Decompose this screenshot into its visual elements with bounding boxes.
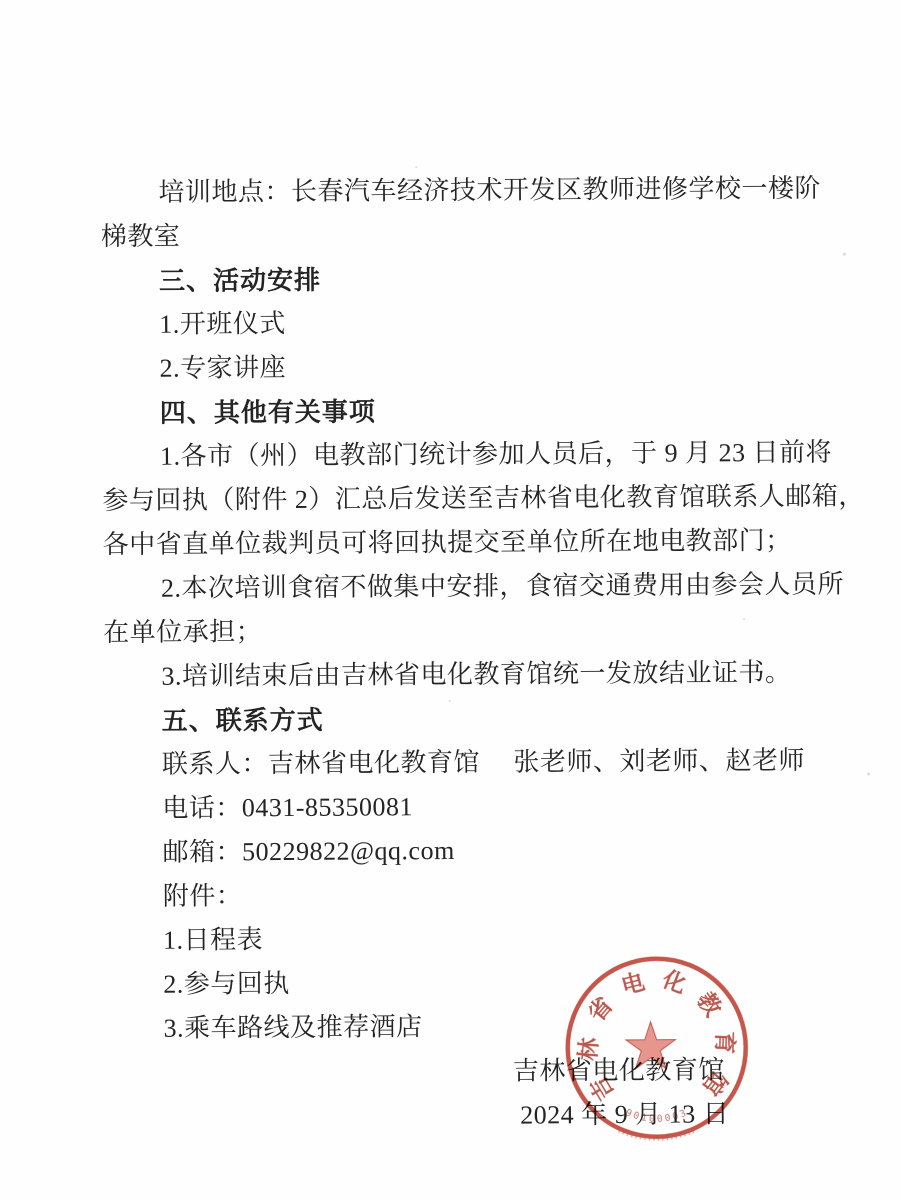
email-line: 邮箱：50229822@qq.com [104, 827, 844, 876]
attachments-label: 附件： [105, 871, 845, 920]
scan-speck [449, 700, 451, 702]
official-seal: 吉林省电化教育馆 90100003 [560, 950, 753, 1143]
seal-star-icon [626, 1022, 676, 1069]
scan-content: 培训地点：长春汽车经济技术开发区教师进修学校一楼阶 梯教室 三、活动安排 1.开… [0, 0, 900, 1200]
scanned-document-page: 培训地点：长春汽车经济技术开发区教师进修学校一楼阶 梯教室 三、活动安排 1.开… [0, 0, 900, 1200]
paragraph-line: 培训地点：长春汽车经济技术开发区教师进修学校一楼阶 [100, 167, 840, 216]
list-item: 2.专家讲座 [101, 343, 841, 392]
seal-serial-number: 90100003 [624, 1107, 690, 1125]
paragraph-line: 各中省直单位裁判员可将回执提交至单位所在地电教部门； [103, 519, 843, 568]
scan-speck [415, 166, 417, 168]
seal-arc-text: 吉林省电化教育馆 [575, 964, 739, 1112]
paragraph-line: 梯教室 [101, 211, 841, 260]
scan-speck [867, 772, 870, 775]
scan-speck [743, 618, 745, 620]
paragraph-line: 3.培训结束后由吉林省电化教育馆统一发放结业证书。 [103, 651, 843, 700]
section-heading: 五、联系方式 [104, 695, 844, 744]
paragraph-line: 2.本次培训食宿不做集中安排，食宿交通费用由参会人员所 [103, 563, 843, 612]
paragraph-line: 在单位承担； [103, 607, 843, 656]
phone-line: 电话：0431-85350081 [104, 783, 844, 832]
paragraph-line: 1.各市（州）电教部门统计参加人员后，于 9 月 23 日前将 [102, 431, 842, 480]
list-item: 1.开班仪式 [101, 299, 841, 348]
scan-speck [843, 253, 846, 256]
section-heading: 四、其他有关事项 [102, 387, 842, 436]
section-heading: 三、活动安排 [101, 255, 841, 304]
document-body: 培训地点：长春汽车经济技术开发区教师进修学校一楼阶 梯教室 三、活动安排 1.开… [100, 167, 845, 1052]
paragraph-line: 参与回执（附件 2）汇总后发送至吉林省电化教育馆联系人邮箱， [102, 475, 842, 524]
contact-person-line: 联系人：吉林省电化教育馆 张老师、刘老师、赵老师 [104, 739, 844, 788]
